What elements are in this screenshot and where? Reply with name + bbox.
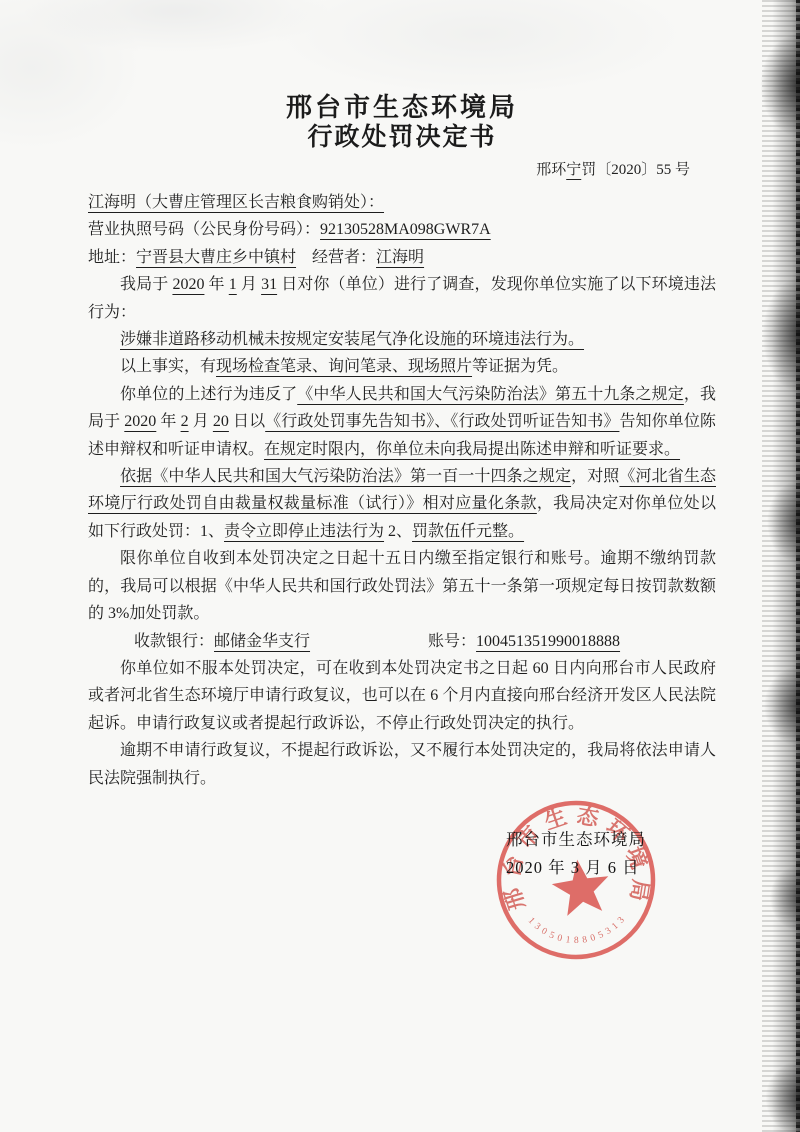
- underlined-field-text: 宁晋县大曹庄乡中镇村: [136, 249, 296, 266]
- document-body: 江海明（大曹庄管理区长吉粮食购销处）： 营业执照号码（公民身份号码）：92130…: [88, 189, 716, 792]
- underlined-field-text: 20: [213, 413, 229, 430]
- underlined-field-text: 2: [181, 413, 189, 430]
- underlined-field-text: 江海明: [376, 249, 424, 266]
- address-operator-line: 地址：宁晋县大曹庄乡中镇村 经营者：江海明: [88, 244, 716, 271]
- underlined-field-text: 涉嫌非道路移动机械未按规定安装尾气净化设施的环境违法行为。: [120, 331, 584, 348]
- underlined-field-text: 2020: [124, 413, 156, 430]
- underlined-field-text: 责令立即停止违法行为: [224, 523, 384, 540]
- body-text: 逾期不申请行政复议，不提起行政诉讼，又不履行本处罚决定的，我局将依法申请人民法院…: [88, 742, 716, 786]
- recipient-line: 江海明（大曹庄管理区长吉粮食购销处）：: [88, 189, 716, 216]
- document-number: 邢环宁罚〔2020〕55 号: [88, 158, 690, 179]
- document-title-line1: 邢台市生态环境局: [88, 92, 716, 123]
- body-text: 年: [204, 276, 228, 293]
- body-text: 地址：: [88, 249, 136, 266]
- doc-number-underlined: 宁: [566, 162, 581, 178]
- body-text: 经营者：: [296, 249, 376, 266]
- body-text: 限你单位自收到本处罚决定之日起十五日内缴至指定银行和账号。逾期不缴纳罚款的，我局…: [88, 550, 716, 622]
- body-text: 以上事实，有: [120, 358, 216, 375]
- body-text: 等证据为凭。: [472, 358, 568, 375]
- para-enforcement: 逾期不申请行政复议，不提起行政诉讼，又不履行本处罚决定的，我局将依法申请人民法院…: [88, 737, 716, 792]
- underlined-field-text: 2020: [172, 276, 204, 293]
- document-content: 邢台市生态环境局 行政处罚决定书 邢环宁罚〔2020〕55 号 江海明（大曹庄管…: [0, 0, 800, 792]
- bank-value: 邮储金华支行: [214, 633, 310, 650]
- underlined-field-text: 1: [229, 276, 237, 293]
- underlined-field-text: 现场检查笔录、询问笔录、现场照片: [216, 358, 472, 375]
- body-text: 月: [189, 413, 213, 430]
- para-payment-terms: 限你单位自收到本处罚决定之日起十五日内缴至指定银行和账号。逾期不缴纳罚款的，我局…: [88, 545, 716, 627]
- document-title-line2: 行政处罚决定书: [88, 123, 716, 152]
- signature-date: 2020 年 3 月 6 日: [506, 854, 646, 882]
- underlined-field-text: 《行政处罚事先告知书》、《行政处罚听证告知书》: [265, 413, 619, 430]
- account-value: 100451351990018888: [476, 633, 620, 650]
- body-text: 2、: [384, 523, 412, 540]
- para-violation: 涉嫌非道路移动机械未按规定安装尾气净化设施的环境违法行为。: [88, 326, 716, 353]
- body-text: ，对照: [571, 468, 619, 485]
- account-label: 账号：: [428, 633, 476, 650]
- bank-label: 收款银行：: [134, 633, 214, 650]
- underlined-field-text: 罚款伍仟元整。: [412, 523, 524, 540]
- signature-block: 邢台市生态环境局 2020 年 3 月 6 日: [506, 826, 646, 882]
- underlined-field-text: 依据《中华人民共和国大气污染防治法》第一百一十四条之规定: [120, 468, 571, 485]
- body-text: 营业执照号码（公民身份号码）：: [88, 221, 320, 238]
- underlined-field-text: 92130528MA098GWR7A: [320, 221, 491, 238]
- para-penalty-decision: 依据《中华人民共和国大气污染防治法》第一百一十四条之规定，对照《河北省生态环境厅…: [88, 463, 716, 545]
- para-appeal-rights: 你单位如不服本处罚决定，可在收到本处罚决定书之日起 60 日内向邢台市人民政府或…: [88, 655, 716, 737]
- scanned-document-page: 邢台市生态环境局 行政处罚决定书 邢环宁罚〔2020〕55 号 江海明（大曹庄管…: [0, 0, 800, 1132]
- underlined-field-text: 江海明（大曹庄管理区长吉粮食购销处）：: [88, 194, 384, 211]
- body-text: 你单位的上述行为违反了: [120, 386, 297, 403]
- body-text: 月: [237, 276, 261, 293]
- doc-number-suffix: 罚〔2020〕55 号: [581, 162, 690, 178]
- signature-org: 邢台市生态环境局: [506, 826, 646, 854]
- license-line: 营业执照号码（公民身份号码）：92130528MA098GWR7A: [88, 216, 716, 243]
- para-evidence: 以上事实，有现场检查笔录、询问笔录、现场照片等证据为凭。: [88, 353, 716, 380]
- bank-line: 收款银行：邮储金华支行账号：100451351990018888: [88, 628, 716, 655]
- para-legal-notice: 你单位的上述行为违反了《中华人民共和国大气污染防治法》第五十九条之规定，我局于 …: [88, 381, 716, 463]
- underlined-field-text: 31: [261, 276, 277, 293]
- doc-number-prefix: 邢环: [536, 162, 566, 178]
- para-investigation: 我局于 2020 年 1 月 31 日对你（单位）进行了调查，发现你单位实施了以…: [88, 271, 716, 326]
- underlined-field-text: 《中华人民共和国大气污染防治法》第五十九条之规定: [297, 386, 684, 403]
- body-text: 你单位如不服本处罚决定，可在收到本处罚决定书之日起 60 日内向邢台市人民政府或…: [88, 660, 716, 732]
- body-text: 日以: [229, 413, 265, 430]
- body-text: 我局于: [120, 276, 172, 293]
- body-text: 年: [156, 413, 180, 430]
- underlined-field-text: 在规定时限内，你单位未向我局提出陈述申辩和听证要求。: [264, 441, 680, 458]
